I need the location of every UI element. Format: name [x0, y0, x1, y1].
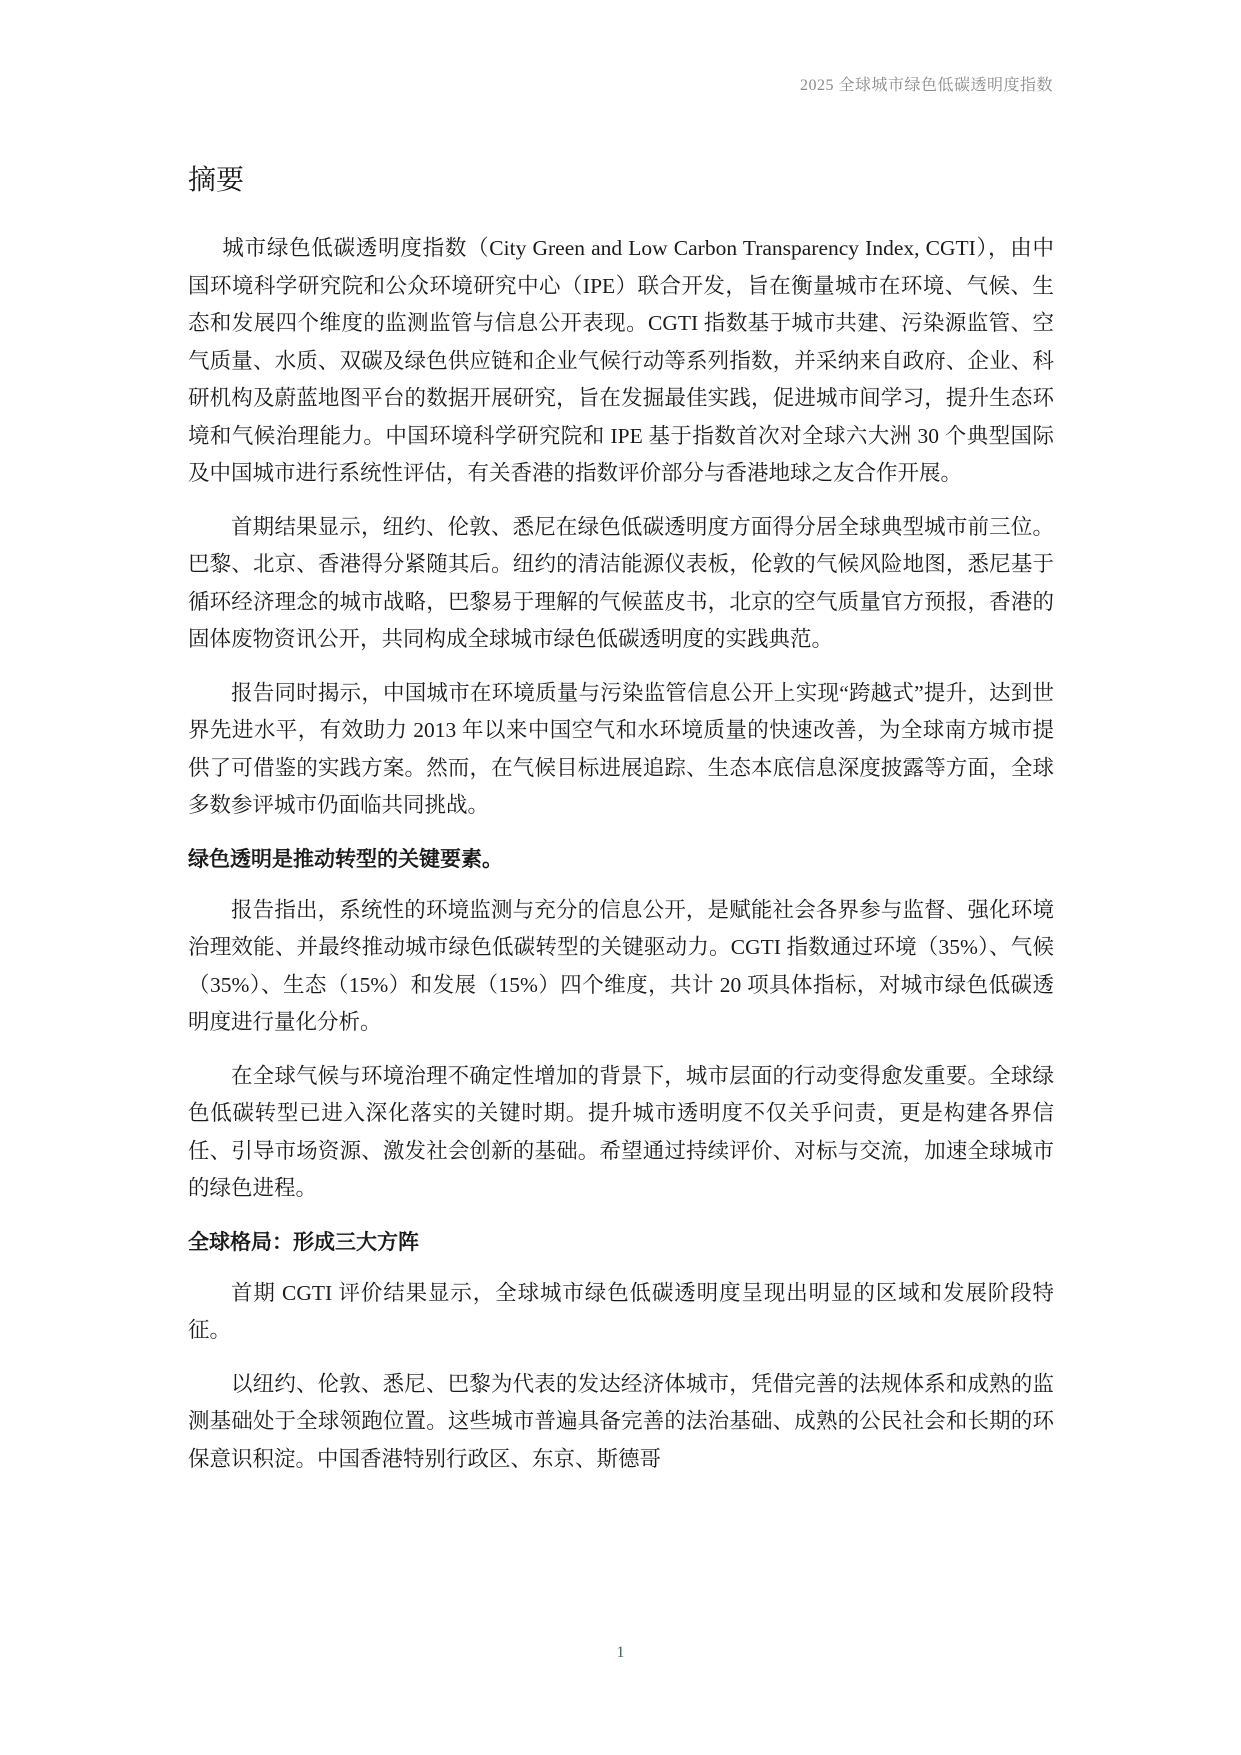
page-number: 1 — [0, 1644, 1241, 1662]
subheading-key-factor: 绿色透明是推动转型的关键要素。 — [188, 841, 1054, 878]
section-title: 摘要 — [188, 160, 1054, 200]
paragraph-intro: 城市绿色低碳透明度指数（City Green and Low Carbon Tr… — [188, 230, 1054, 493]
document-body: 摘要 城市绿色低碳透明度指数（City Green and Low Carbon… — [188, 160, 1054, 1494]
running-header: 2025 全球城市绿色低碳透明度指数 — [800, 72, 1053, 95]
paragraph-drivers: 报告指出，系统性的环境监测与充分的信息公开，是赋能社会各界参与监督、强化环境治理… — [188, 892, 1054, 1042]
paragraph-findings: 报告同时揭示，中国城市在环境质量与污染监管信息公开上实现“跨越式”提升，达到世界… — [188, 675, 1054, 825]
paragraph-results: 首期结果显示，纽约、伦敦、悉尼在绿色低碳透明度方面得分居全球典型城市前三位。巴黎… — [188, 509, 1054, 659]
paragraph-leading-cities: 以纽约、伦敦、悉尼、巴黎为代表的发达经济体城市，凭借完善的法规体系和成熟的监测基… — [188, 1366, 1054, 1479]
paragraph-pattern-summary: 首期 CGTI 评价结果显示，全球城市绿色低碳透明度呈现出明显的区域和发展阶段特… — [188, 1275, 1054, 1350]
subheading-global-pattern: 全球格局：形成三大方阵 — [188, 1224, 1054, 1261]
paragraph-context: 在全球气候与环境治理不确定性增加的背景下，城市层面的行动变得愈发重要。全球绿色低… — [188, 1058, 1054, 1208]
